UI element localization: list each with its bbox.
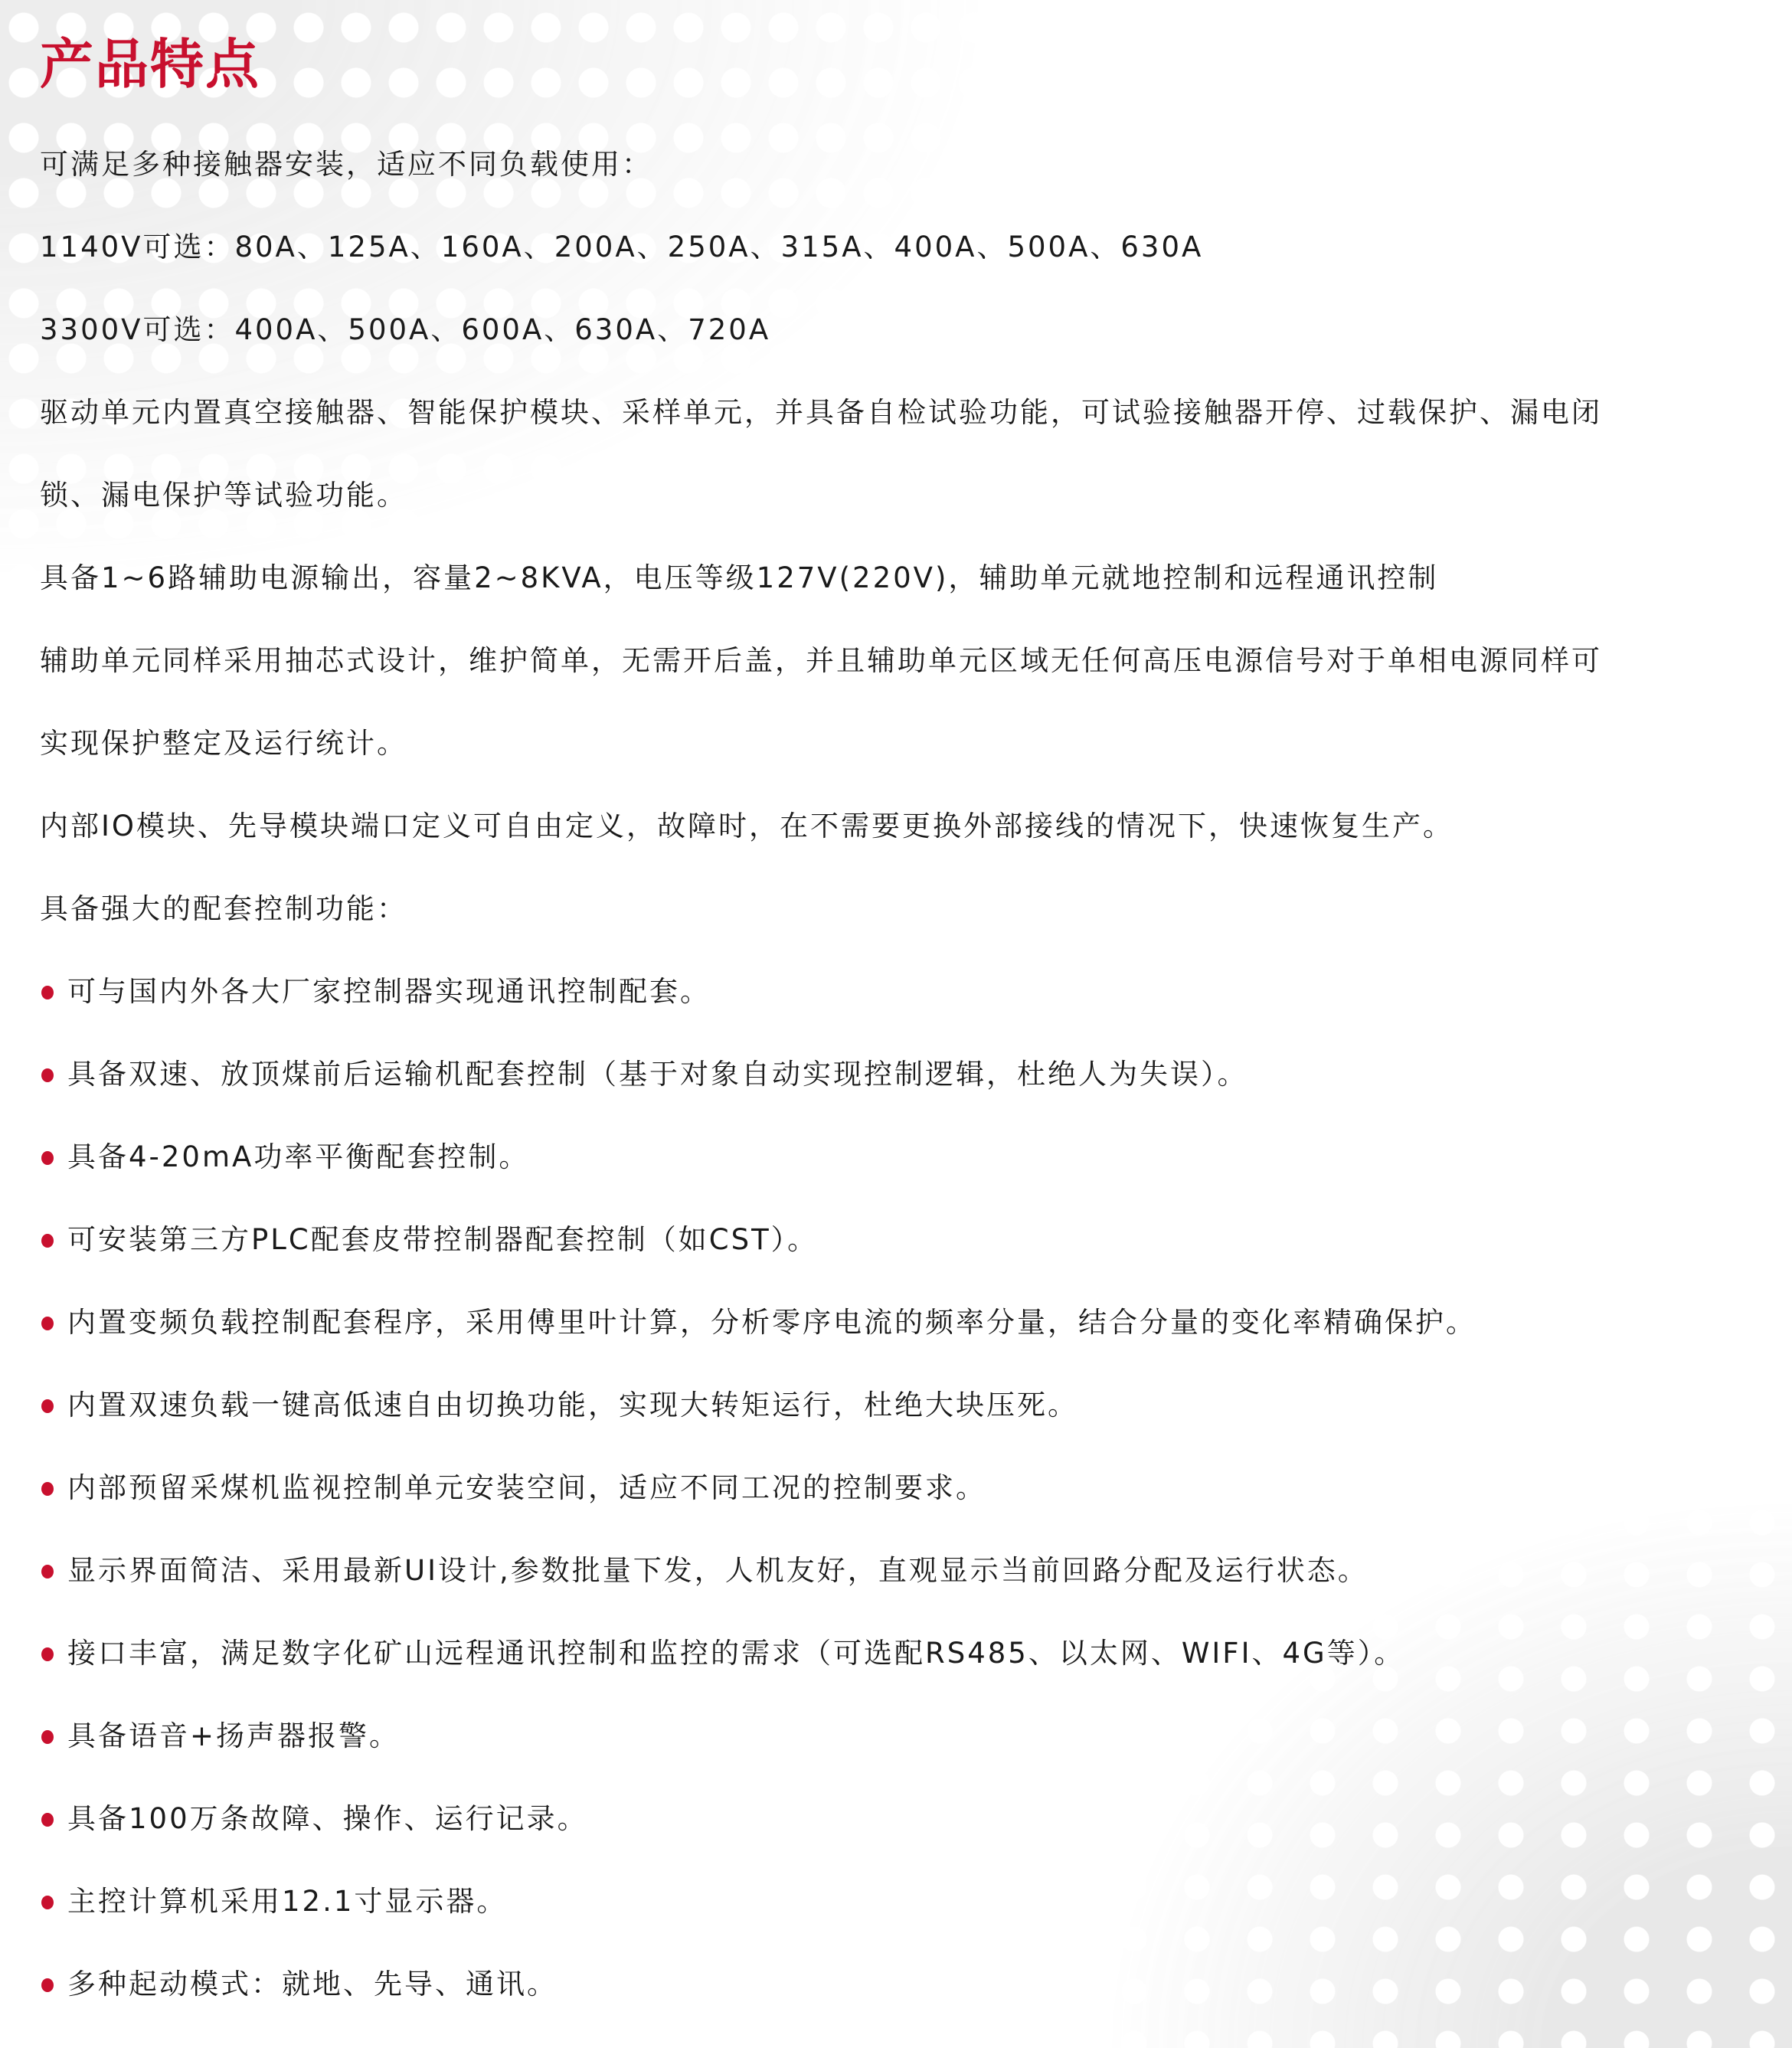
aux-power-paragraph: 具备1~6路辅助电源输出，容量2~8KVA，电压等级127V(220V)，辅助单…: [40, 559, 1438, 597]
list-item: 具备双速、放顶煤前后运输机配套控制（基于对象自动实现控制逻辑，杜绝人为失误）。: [40, 1055, 1248, 1094]
drive-unit-paragraph-cont: 锁、漏电保护等试验功能。: [40, 476, 407, 515]
bullet-dot-icon: [41, 1399, 54, 1413]
io-module-paragraph: 内部IO模块、先导模块端口定义可自由定义，故障时，在不需要更换外部接线的情况下，…: [40, 807, 1454, 846]
bullet-dot-icon: [41, 1482, 54, 1496]
bullet-dot-icon: [41, 1068, 54, 1082]
bullet-dot-icon: [41, 1565, 54, 1579]
list-item: 具备100万条故障、操作、运行记录。: [40, 1800, 588, 1838]
bullet-dot-icon: [41, 1813, 54, 1827]
list-item: 内部预留采煤机监视控制单元安装空间，适应不同工况的控制要求。: [40, 1469, 986, 1507]
bullet-dot-icon: [41, 1896, 54, 1909]
spec-3300v: 3300V可选：400A、500A、600A、630A、720A: [40, 311, 770, 349]
spec-1140v: 1140V可选：80A、125A、160A、200A、250A、315A、400…: [40, 228, 1203, 267]
aux-unit-paragraph-cont: 实现保护整定及运行统计。: [40, 725, 407, 763]
list-item: 显示界面简洁、采用最新UI设计,参数批量下发，人机友好，直观显示当前回路分配及运…: [40, 1552, 1369, 1590]
list-item: 接口丰富，满足数字化矿山远程通讯控制和监控的需求（可选配RS485、以太网、WI…: [40, 1634, 1404, 1673]
intro-paragraph: 可满足多种接触器安装，适应不同负载使用：: [40, 146, 652, 184]
bullet-dot-icon: [41, 1234, 54, 1248]
list-item: 内置双速负载一键高低速自由切换功能，实现大转矩运行，杜绝大块压死。: [40, 1386, 1078, 1425]
list-item-text: 具备双速、放顶煤前后运输机配套控制（基于对象自动实现控制逻辑，杜绝人为失误）。: [67, 1058, 1248, 1091]
page-title: 产品特点: [40, 21, 260, 99]
list-item: 可安装第三方PLC配套皮带控制器配套控制（如CST）。: [40, 1221, 818, 1259]
bullet-dot-icon: [41, 1647, 54, 1661]
list-item: 具备语音+扬声器报警。: [40, 1717, 400, 1755]
list-item-text: 内置变频负载控制配套程序，采用傅里叶计算，分析零序电流的频率分量，结合分量的变化…: [67, 1306, 1476, 1339]
bullet-dot-icon: [41, 1978, 54, 1992]
list-item-text: 多种起动模式：就地、先导、通讯。: [67, 1968, 558, 2001]
control-functions-heading: 具备强大的配套控制功能：: [40, 890, 407, 928]
list-item: 主控计算机采用12.1寸显示器。: [40, 1883, 507, 1921]
list-item-text: 内置双速负载一键高低速自由切换功能，实现大转矩运行，杜绝大块压死。: [67, 1389, 1078, 1421]
list-item-text: 接口丰富，满足数字化矿山远程通讯控制和监控的需求（可选配RS485、以太网、WI…: [67, 1637, 1404, 1670]
list-item: 可与国内外各大厂家控制器实现通讯控制配套。: [40, 973, 711, 1011]
list-item-text: 可与国内外各大厂家控制器实现通讯控制配套。: [67, 975, 711, 1008]
bullet-dot-icon: [41, 1317, 54, 1330]
bullet-dot-icon: [41, 986, 54, 999]
list-item-text: 可安装第三方PLC配套皮带控制器配套控制（如CST）。: [67, 1223, 818, 1256]
list-item-text: 内部预留采煤机监视控制单元安装空间，适应不同工况的控制要求。: [67, 1471, 986, 1504]
list-item: 多种起动模式：就地、先导、通讯。: [40, 1965, 558, 2004]
list-item-text: 显示界面简洁、采用最新UI设计,参数批量下发，人机友好，直观显示当前回路分配及运…: [67, 1554, 1369, 1587]
list-item: 具备4-20mA功率平衡配套控制。: [40, 1138, 529, 1176]
aux-unit-paragraph: 辅助单元同样采用抽芯式设计，维护简单，无需开后盖，并且辅助单元区域无任何高压电源…: [40, 642, 1602, 680]
bullet-dot-icon: [41, 1151, 54, 1165]
list-item-text: 具备4-20mA功率平衡配套控制。: [67, 1140, 529, 1173]
drive-unit-paragraph: 驱动单元内置真空接触器、智能保护模块、采样单元，并具备自检试验功能，可试验接触器…: [40, 394, 1602, 432]
list-item-text: 具备100万条故障、操作、运行记录。: [67, 1802, 588, 1835]
bullet-dot-icon: [41, 1730, 54, 1744]
list-item-text: 具备语音+扬声器报警。: [67, 1719, 400, 1752]
list-item: 内置变频负载控制配套程序，采用傅里叶计算，分析零序电流的频率分量，结合分量的变化…: [40, 1304, 1476, 1342]
list-item-text: 主控计算机采用12.1寸显示器。: [67, 1885, 507, 1918]
